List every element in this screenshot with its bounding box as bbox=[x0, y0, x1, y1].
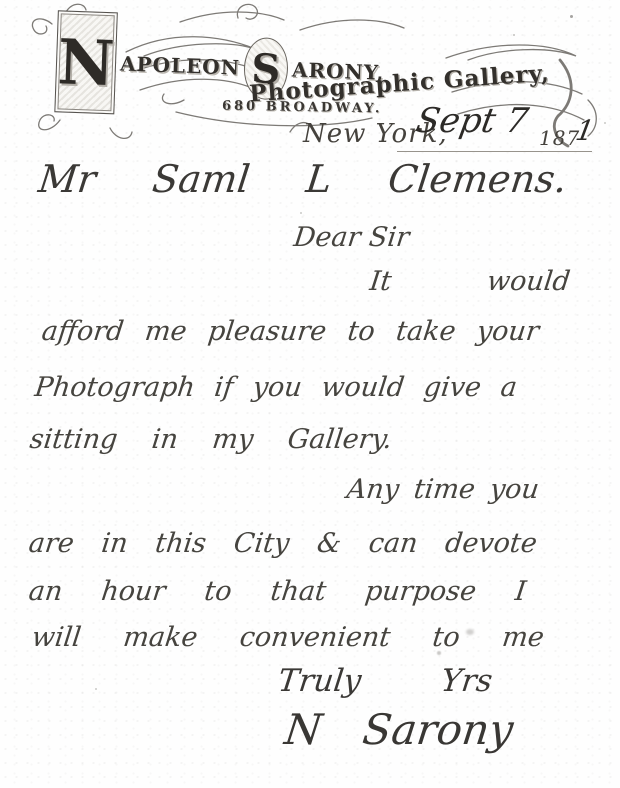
body-line-2: afford me pleasure to take your bbox=[40, 316, 541, 347]
dateline-handwritten-year-digit: 1 bbox=[573, 114, 597, 147]
recipient-line: Mr Saml L Clemens. bbox=[36, 158, 569, 202]
scan-speck bbox=[466, 629, 474, 635]
scan-speck bbox=[95, 688, 97, 690]
body-line-8: will make convenient to me bbox=[30, 622, 546, 653]
letterhead-address: 680 BROADWAY. bbox=[222, 99, 383, 117]
body-line-4: sitting in my Gallery. bbox=[28, 424, 394, 455]
body-line-3: Photograph if you would give a bbox=[33, 372, 519, 403]
signature: N Sarony bbox=[282, 706, 516, 754]
body-line-7: an hour to that purpose I bbox=[27, 576, 528, 607]
body-line-6: are in this City & can devote bbox=[27, 528, 539, 559]
letterhead-name-apoleon: APOLEON bbox=[120, 52, 241, 80]
scan-speck bbox=[604, 122, 606, 124]
closing-line: Truly Yrs bbox=[276, 664, 494, 700]
body-line-5: Any time you bbox=[345, 474, 541, 505]
scan-speck bbox=[437, 651, 441, 655]
body-line-1: It would bbox=[368, 266, 572, 297]
salutation-line: Dear Sir bbox=[292, 222, 411, 253]
scan-speck bbox=[570, 15, 573, 18]
scan-speck bbox=[513, 34, 515, 36]
letter-scan-page: N APOLEON S ARONY, Photographic Gallery,… bbox=[0, 0, 620, 788]
dateline-handwritten-date: Sept 7 bbox=[413, 101, 531, 141]
scan-speck bbox=[300, 212, 302, 214]
ornate-initial-n: N bbox=[54, 10, 118, 114]
dateline-blank-rule bbox=[397, 151, 592, 152]
